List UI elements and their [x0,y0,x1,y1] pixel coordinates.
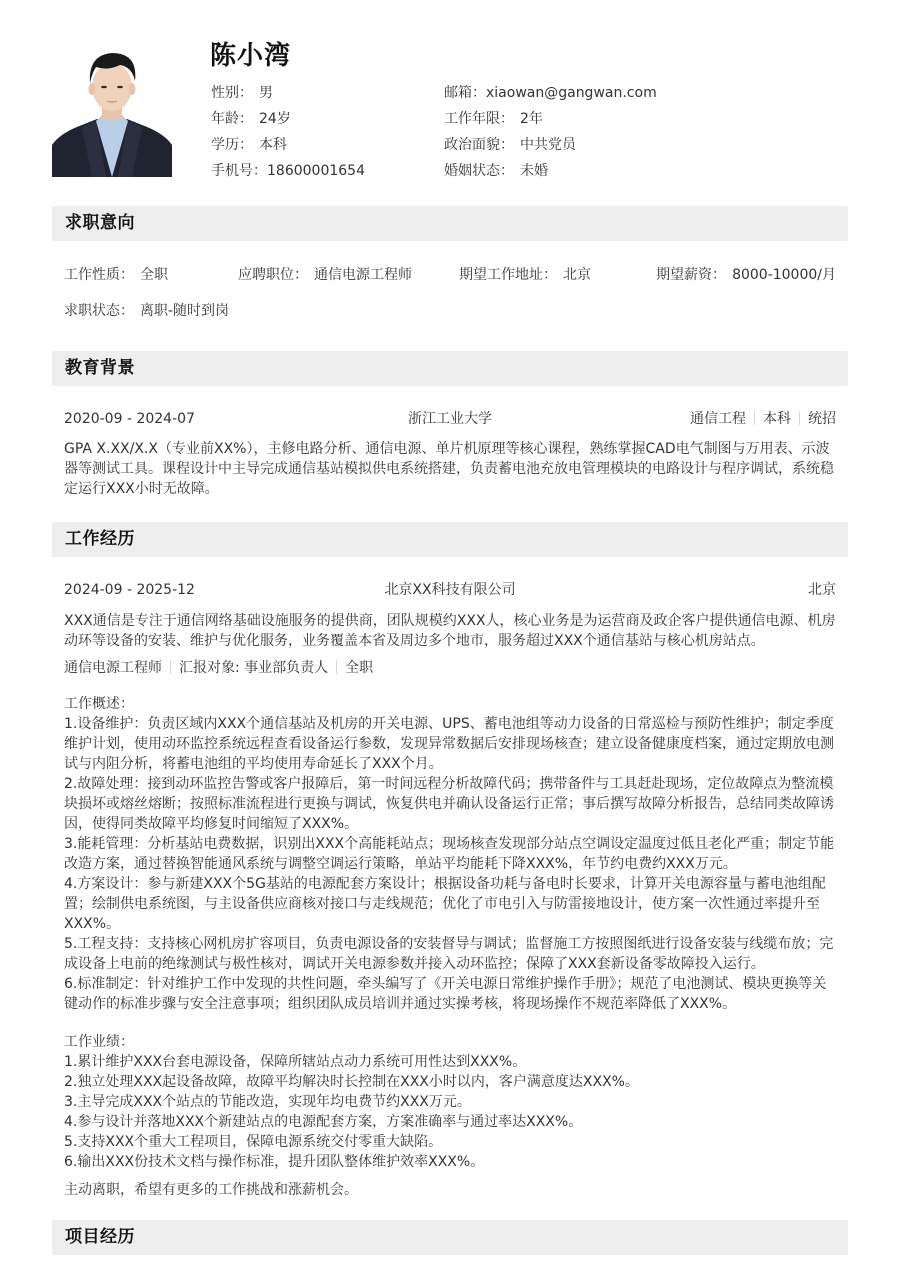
section-header-job-intent: 求职意向 [52,206,848,241]
education-admission: 统招 [808,411,836,427]
work-employment-type: 全职 [345,660,373,676]
basic-info-right: 邮箱：xiaowan@gangwan.com 工作年限：2年 政治面貌：中共党员… [444,82,657,186]
work-role: 通信电源工程师 [64,660,162,676]
info-value: 本科 [259,137,287,153]
intent-value: 8000-10000/月 [732,267,836,283]
divider [170,660,171,674]
section-header-projects: 项目经历 [52,1220,848,1255]
education-major: 通信工程 [690,411,746,427]
section-title: 教育背景 [65,357,135,380]
education-meta-row: 2020-09 - 2024-07 浙江工业大学 通信工程本科统招 [64,409,836,429]
text-line: GPA X.XX/X.X（专业前XX%），主修电路分析、通信电源、单片机原理等核… [64,439,836,459]
intent-job-type: 工作性质：全职 [64,265,168,285]
company-description: XXX通信是专注于通信网络基础设施服务的提供商，团队规模约XXX人，核心业务是为… [64,611,836,651]
text-line: 6.标准制定：针对维护工作中发现的共性问题，牵头编写了《开关电源日常维护操作手册… [64,974,836,994]
info-gender: 性别：男 [211,82,365,108]
text-line: 改造方案，通过替换智能通风系统与调整空调运行策略，单站平均能耗下降XXX%，年节… [64,854,836,874]
portrait-icon [52,45,172,177]
text-line: 动环等设备的安装、维护与优化服务，业务覆盖本省及周边多个地市，服务超过XXX个通… [64,631,836,651]
text-line: 器等测试工具。课程设计中主导完成通信基站模拟供电系统搭建，负责蓄电池充放电管理模… [64,459,836,479]
intent-label: 求职状态： [64,303,134,319]
intent-salary: 期望薪资：8000-10000/月 [656,265,836,285]
text-line: 成设备上电前的绝缘测试与极性核对，调试开关电源参数并接入动环监控；保障了XXX套… [64,954,836,974]
info-marital-status: 婚姻状态：未婚 [444,160,657,186]
info-label: 手机号： [211,163,267,179]
text-line: 1.累计维护XXX台套电源设备，保障所辖站点动力系统可用性达到XXX%。 [64,1052,836,1072]
job-intent-status-row: 求职状态：离职-随时到岗 [64,301,836,321]
info-value: 18600001654 [267,163,365,179]
intent-label: 工作性质： [64,267,134,283]
intent-value: 通信电源工程师 [314,267,412,283]
intent-value: 全职 [140,267,168,283]
divider [799,411,800,425]
text-line: 1.设备维护：负责区域内XXX个通信基站及机房的开关电源、UPS、蓄电池组等动力… [64,714,836,734]
intent-position: 应聘职位：通信电源工程师 [238,265,412,285]
intent-label: 期望工作地址： [459,267,557,283]
work-company: 北京XX科技有限公司 [384,582,515,598]
divider [754,411,755,425]
info-label: 婚姻状态： [444,163,514,179]
intent-label: 期望薪资： [656,267,726,283]
education-degree: 本科 [763,411,791,427]
text-line: 主动离职，希望有更多的工作挑战和涨薪机会。 [64,1180,836,1200]
info-years-experience: 工作年限：2年 [444,108,657,134]
text-line: 5.工程支持：支持核心网机房扩容项目，负责电源设备的安装督导与调试；监督施工方按… [64,934,836,954]
education-description: GPA X.XX/X.X（专业前XX%），主修电路分析、通信电源、单片机原理等核… [64,439,836,499]
education-school: 浙江工业大学 [408,411,492,427]
section-header-education: 教育背景 [52,351,848,386]
divider [336,660,337,674]
text-line: XXX通信是专注于通信网络基础设施服务的提供商，团队规模约XXX人，核心业务是为… [64,611,836,631]
text-line: 2.故障处理：接到动环监控告警或客户报障后，第一时间远程分析故障代码；携带备件与… [64,774,836,794]
education-tags: 通信工程本科统招 [690,409,836,429]
info-label: 性别： [211,85,253,101]
text-line: 3.能耗管理：分析基站电费数据，识别出XXX个高能耗站点；现场核查发现部分站点空… [64,834,836,854]
info-label: 工作年限： [444,111,514,127]
text-line: 因，使得同类故障平均修复时间缩短了XXX%。 [64,814,836,834]
info-value: 24岁 [259,111,291,127]
text-line: XXX%。 [64,914,836,934]
section-title: 工作经历 [65,528,135,551]
info-value: 2年 [520,111,543,127]
info-email: 邮箱：xiaowan@gangwan.com [444,82,657,108]
text-line: 键动作的标准步骤与安全注意事项；组织团队成员培训并通过实操考核，将现场操作不规范… [64,994,836,1014]
info-label: 年龄： [211,111,253,127]
intent-status: 求职状态：离职-随时到岗 [64,301,229,321]
text-line: 4.方案设计：参与新建XXX个5G基站的电源配套方案设计；根据设备功耗与备电时长… [64,874,836,894]
text-line: 6.输出XXX份技术文档与操作标准，提升团队整体维护效率XXX%。 [64,1152,836,1172]
text-line: 2.独立处理XXX起设备故障，故障平均解决时长控制在XXX小时以内，客户满意度达… [64,1072,836,1092]
work-city: 北京 [808,580,836,600]
section-title: 求职意向 [65,212,135,235]
text-line: 3.主导完成XXX个站点的节能改造，实现年均电费节约XXX万元。 [64,1092,836,1112]
work-meta-row: 2024-09 - 2025-12 北京XX科技有限公司 北京 [64,580,836,600]
text-line: 试与内阻分析，将蓄电池组的平均使用寿命延长了XXX个月。 [64,754,836,774]
info-label: 学历： [211,137,253,153]
overview-label: 工作概述： [64,694,836,714]
intent-location: 期望工作地址：北京 [459,265,591,285]
text-line: 置；绘制供电系统图，与主设备供应商核对接口与走线规范；优化了市电引入与防雷接地设… [64,894,836,914]
work-overview: 工作概述： 1.设备维护：负责区域内XXX个通信基站及机房的开关电源、UPS、蓄… [64,694,836,1014]
info-value: xiaowan@gangwan.com [486,85,657,101]
info-value: 男 [259,85,273,101]
info-value: 中共党员 [520,137,576,153]
candidate-name: 陈小湾 [210,38,291,74]
intent-value: 北京 [563,267,591,283]
text-line: 5.支持XXX个重大工程项目，保障电源系统交付零重大缺陷。 [64,1132,836,1152]
text-line: 维护计划，使用动环监控系统远程查看设备运行参数，发现异常数据后安排现场核查；建立… [64,734,836,754]
leave-reason: 主动离职，希望有更多的工作挑战和涨薪机会。 [64,1180,836,1200]
work-achievements: 工作业绩： 1.累计维护XXX台套电源设备，保障所辖站点动力系统可用性达到XXX… [64,1032,836,1172]
work-role-tags: 通信电源工程师汇报对象: 事业部负责人全职 [64,658,373,678]
section-header-work-experience: 工作经历 [52,522,848,557]
work-period: 2024-09 - 2025-12 [64,580,195,600]
info-education: 学历：本科 [211,134,365,160]
intent-value: 离职-随时到岗 [140,303,229,319]
info-label: 政治面貌： [444,137,514,153]
info-label: 邮箱： [444,85,486,101]
info-phone: 手机号：18600001654 [211,160,365,186]
profile-photo [52,45,172,177]
info-political-status: 政治面貌：中共党员 [444,134,657,160]
job-intent-row: 工作性质：全职 应聘职位：通信电源工程师 期望工作地址：北京 期望薪资：8000… [64,265,836,285]
achievements-label: 工作业绩： [64,1032,836,1052]
text-line: 块损坏或熔丝熔断；按照标准流程进行更换与调试，恢复供电并确认设备运行正常；事后撰… [64,794,836,814]
info-age: 年龄：24岁 [211,108,365,134]
text-line: 4.参与设计并落地XXX个新建站点的电源配套方案，方案准确率与通过率达XXX%。 [64,1112,836,1132]
education-period: 2020-09 - 2024-07 [64,409,195,429]
info-value: 未婚 [520,163,548,179]
text-line: 定运行XXX小时无故障。 [64,479,836,499]
section-title: 项目经历 [65,1226,135,1249]
work-report-to: 汇报对象: 事业部负责人 [179,660,328,676]
basic-info-left: 性别：男 年龄：24岁 学历：本科 手机号：18600001654 [211,82,365,186]
intent-label: 应聘职位： [238,267,308,283]
